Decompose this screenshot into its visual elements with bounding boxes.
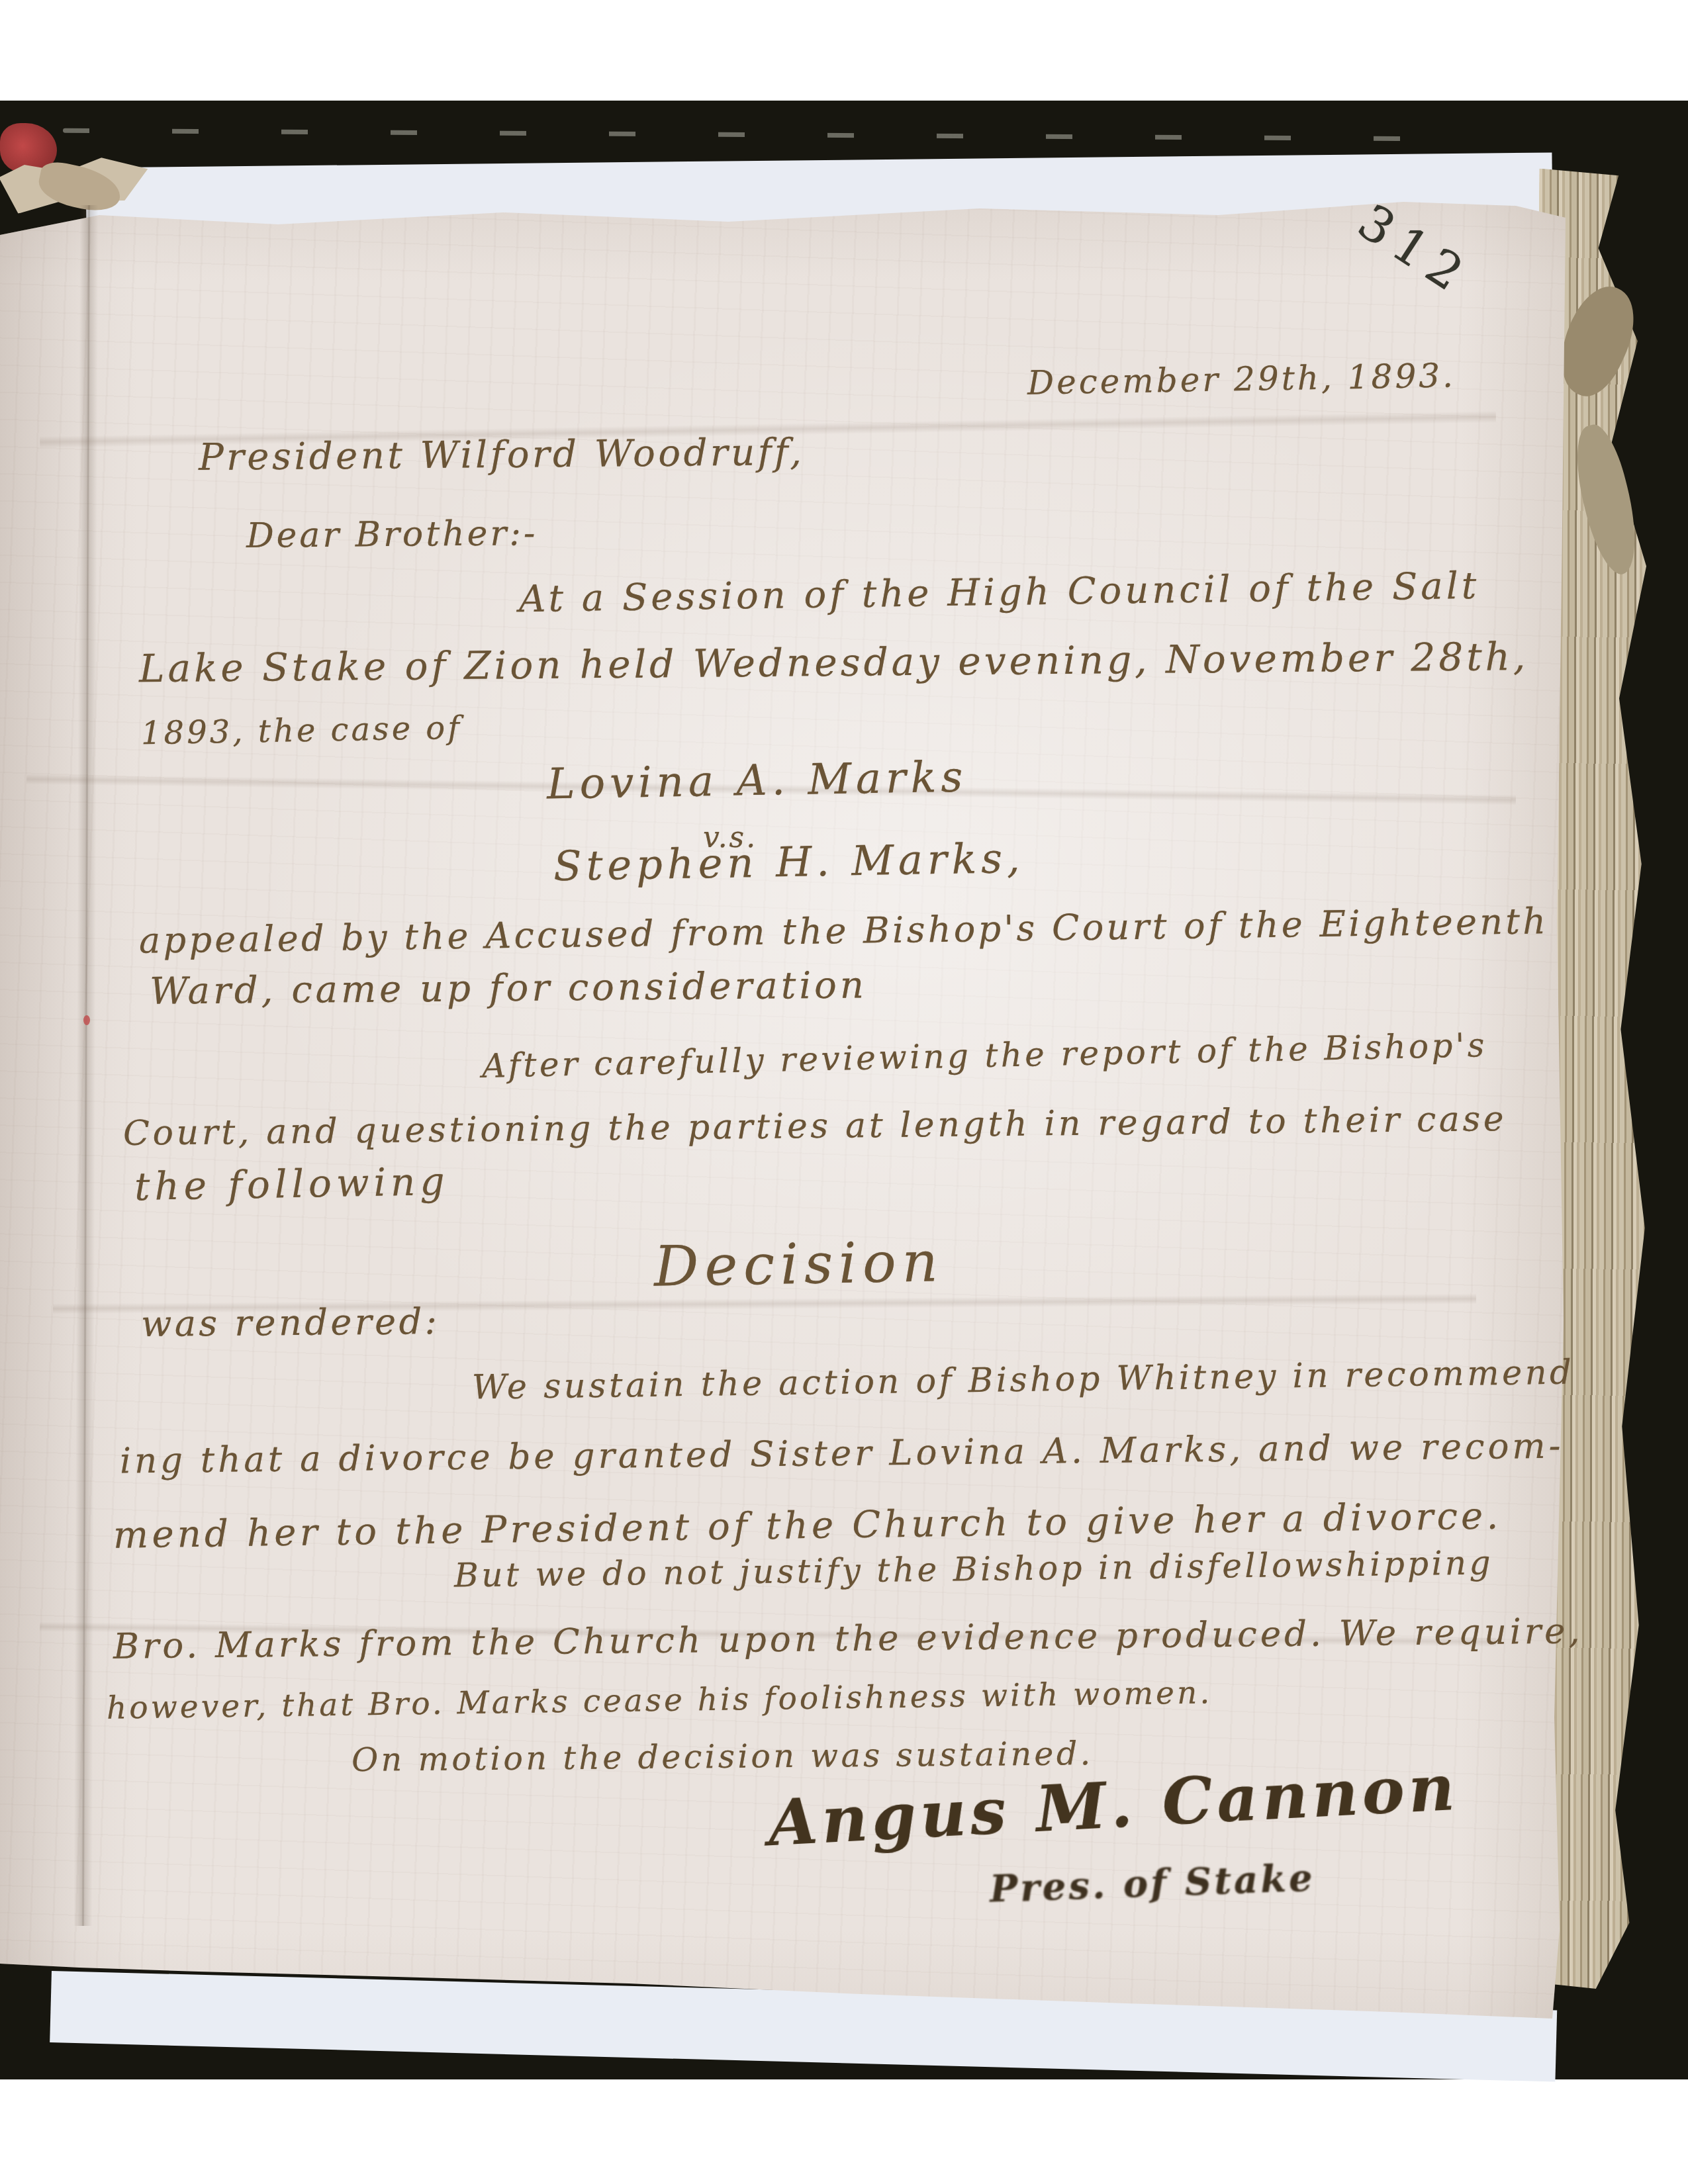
body-line: We sustain the action of Bishop Whitney … (472, 1355, 1575, 1404)
body-line: appealed by the Accused from the Bishop'… (139, 903, 1549, 959)
salutation-line: Dear Brother:- (246, 516, 538, 553)
body-line: ing that a divorce be granted Sister Lov… (120, 1429, 1564, 1479)
body-line: After carefully reviewing the report of … (482, 1028, 1488, 1083)
recipient-line: President Wilford Woodruff, (199, 434, 805, 477)
body-line: however, that Bro. Marks cease his fooli… (107, 1677, 1213, 1723)
signature-title: Pres. of Stake (989, 1859, 1315, 1907)
handwritten-text-layer: 312 December 29th, 1893. President Wilfo… (0, 0, 1688, 2184)
scanned-letter-page: 312 December 29th, 1893. President Wilfo… (0, 0, 1688, 2184)
case-defendant: Stephen H. Marks, (553, 838, 1025, 887)
body-line: was rendered: (141, 1304, 440, 1342)
decision-heading: Decision (653, 1234, 944, 1295)
body-line: Ward, came up for consideration (150, 967, 867, 1010)
body-line: Court, and questioning the parties at le… (123, 1102, 1507, 1151)
case-plaintiff: Lovina A. Marks (546, 756, 967, 805)
body-line: Bro. Marks from the Church upon the evid… (113, 1614, 1583, 1664)
body-line: But we do not justify the Bishop in disf… (454, 1546, 1493, 1592)
body-line: Lake Stake of Zion held Wednesday evenin… (139, 637, 1529, 688)
date-line: December 29th, 1893. (1027, 359, 1456, 399)
page-number: 312 (1348, 193, 1481, 307)
body-line: the following (134, 1162, 449, 1206)
body-line: On motion the decision was sustained. (352, 1737, 1094, 1776)
body-line: At a Session of the High Council of the … (519, 568, 1480, 618)
body-line: 1893, the case of (141, 712, 463, 749)
